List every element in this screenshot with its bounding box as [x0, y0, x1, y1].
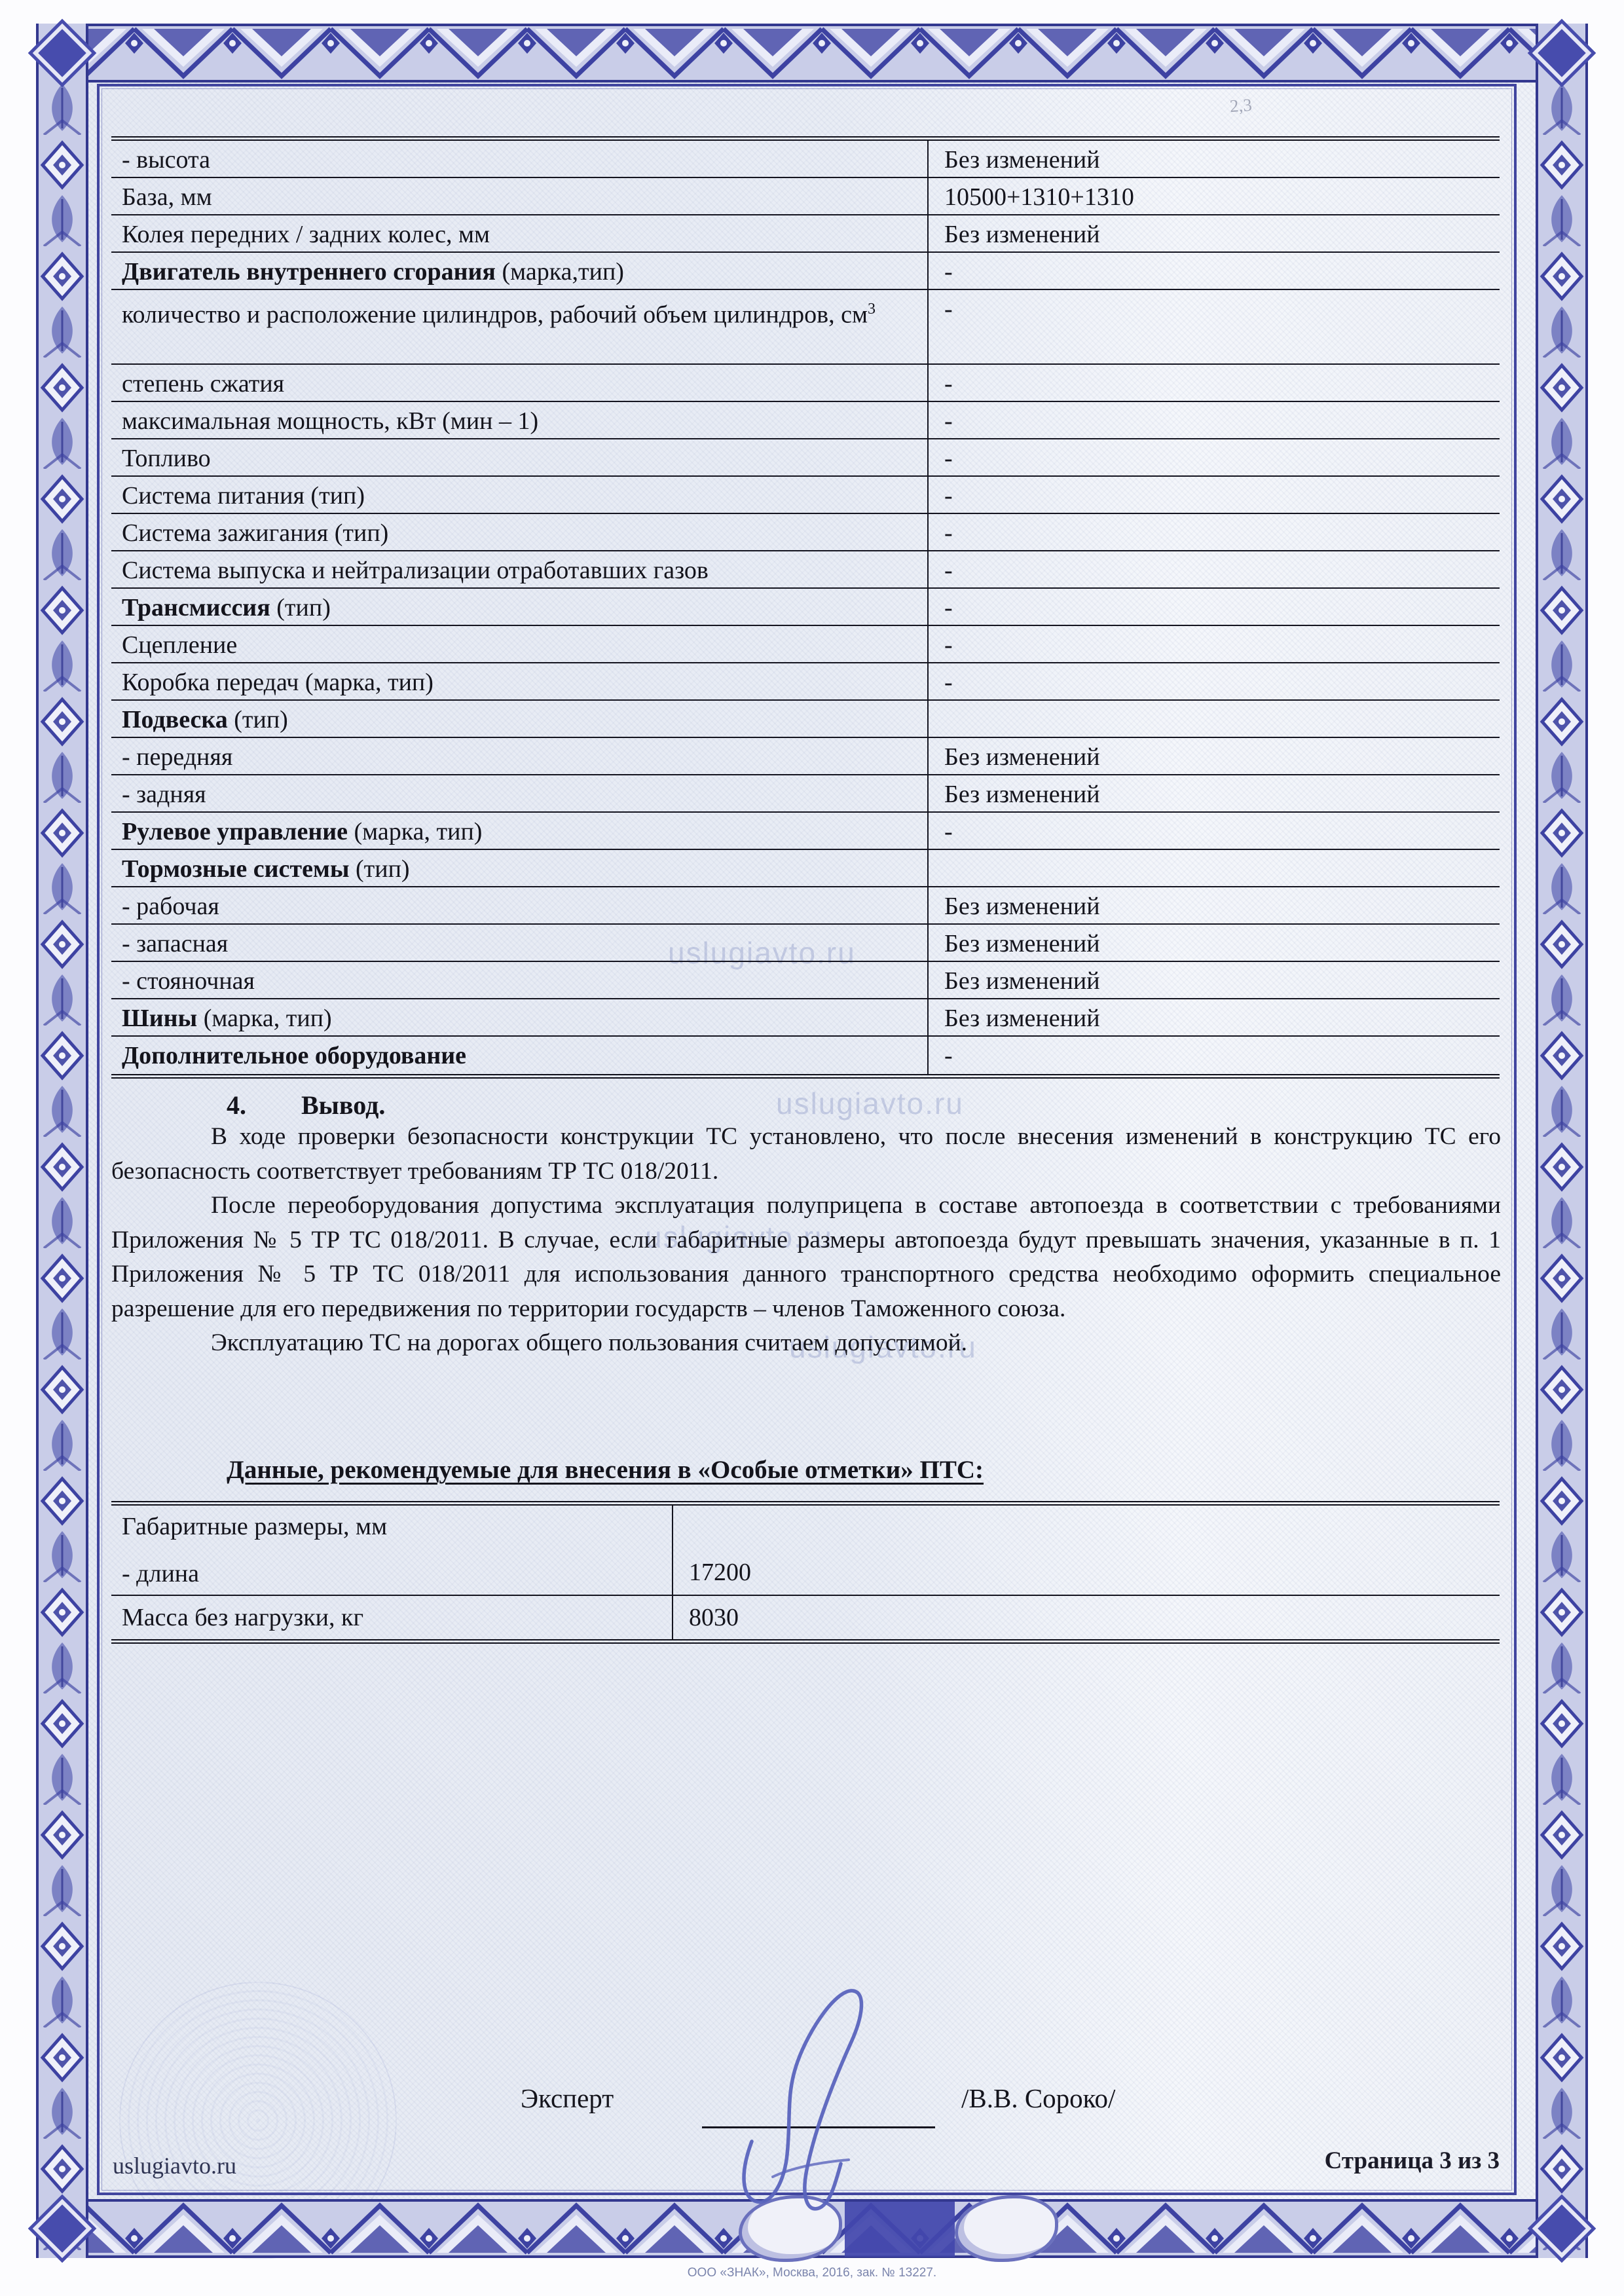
expert-signature	[694, 1976, 969, 2219]
spec-label: количество и расположение цилиндров, раб…	[111, 290, 929, 363]
spec-label: степень сжатия	[111, 365, 929, 401]
spec-label: Шины (марка, тип)	[111, 999, 929, 1035]
spec-value	[929, 850, 1500, 886]
table-row: - запаснаяБез изменений	[111, 925, 1500, 962]
table-row: - рабочаяБез изменений	[111, 887, 1500, 925]
spec-value: -	[929, 290, 1500, 363]
spec-label: - передняя	[111, 738, 929, 774]
table-row: - передняяБез изменений	[111, 738, 1500, 775]
table-row: - стояночнаяБез изменений	[111, 962, 1500, 999]
spec-label: Трансмиссия (тип)	[111, 589, 929, 625]
spec-table: - высотаБез изменений База, мм10500+1310…	[111, 136, 1500, 1079]
spec-value: -	[929, 365, 1500, 401]
spec-value: -	[929, 514, 1500, 550]
spec-label: База, мм	[111, 178, 929, 214]
spec-value: Без изменений	[929, 962, 1500, 998]
ptc-label: Масса без нагрузки, кг	[111, 1596, 673, 1639]
footer-site-text: uslugiavto.ru	[113, 2152, 236, 2179]
ptc-value: 17200	[673, 1506, 1500, 1595]
spec-label: - запасная	[111, 925, 929, 961]
spec-label: Тормозные системы (тип)	[111, 850, 929, 886]
spec-value: Без изменений	[929, 738, 1500, 774]
ptc-label: Габаритные размеры, мм - длина	[111, 1506, 673, 1595]
decorative-border-left	[36, 24, 88, 2258]
superscript: 3	[868, 301, 876, 318]
spec-label: максимальная мощность, кВт (мин – 1)	[111, 402, 929, 438]
printing-house-microtext: ООО «ЗНАК», Москва, 2016, зак. № 13227.	[563, 2266, 1061, 2280]
spec-label: Колея передних / задних колес, мм	[111, 215, 929, 251]
table-row: Подвеска (тип)	[111, 701, 1500, 738]
watermark: uslugiavto.ru	[776, 1086, 964, 1121]
spec-value: -	[929, 551, 1500, 587]
scanned-certificate-page: 2,3 uslugiavto.ru uslugiavto.ru uslugiav…	[0, 0, 1624, 2296]
paragraph: В ходе проверки безопасности конструкции…	[111, 1120, 1501, 1189]
table-row: Коробка передач (марка, тип)-	[111, 663, 1500, 701]
conclusion-number: 4.	[227, 1090, 246, 1120]
spec-value: Без изменений	[929, 775, 1500, 811]
signer-name: /В.В. Сороко/	[961, 2083, 1115, 2114]
table-row: Колея передних / задних колес, ммБез изм…	[111, 215, 1500, 253]
spec-value: 10500+1310+1310	[929, 178, 1500, 214]
spec-value: -	[929, 253, 1500, 289]
spec-value: Без изменений	[929, 887, 1500, 923]
spec-label: Коробка передач (марка, тип)	[111, 663, 929, 699]
scan-artifact: 2,3	[1229, 95, 1253, 117]
spec-value: -	[929, 477, 1500, 513]
table-row: База, мм10500+1310+1310	[111, 178, 1500, 215]
spec-value	[929, 701, 1500, 737]
table-row: Габаритные размеры, мм - длина 17200	[111, 1506, 1500, 1596]
spec-value: -	[929, 402, 1500, 438]
spec-label: Подвеска (тип)	[111, 701, 929, 737]
paragraph: После переоборудования допустима эксплуа…	[111, 1189, 1501, 1326]
table-row: - высотаБез изменений	[111, 141, 1500, 178]
table-row: Сцепление-	[111, 626, 1500, 663]
table-row: Двигатель внутреннего сгорания (марка,ти…	[111, 253, 1500, 290]
table-row: Топливо-	[111, 439, 1500, 477]
ptc-table: Габаритные размеры, мм - длина 17200 Мас…	[111, 1501, 1500, 1644]
spec-value: Без изменений	[929, 215, 1500, 251]
spec-value: -	[929, 663, 1500, 699]
table-row: Шины (марка, тип)Без изменений	[111, 999, 1500, 1037]
decorative-border-top	[36, 24, 1588, 83]
conclusion-heading: 4.Вывод.	[227, 1090, 385, 1120]
spec-label: Двигатель внутреннего сгорания (марка,ти…	[111, 253, 929, 289]
table-row: Система зажигания (тип)-	[111, 514, 1500, 551]
spec-label: - стояночная	[111, 962, 929, 998]
table-row: Рулевое управление (марка, тип)-	[111, 813, 1500, 850]
table-row: Трансмиссия (тип)-	[111, 589, 1500, 626]
table-row: Система питания (тип)-	[111, 477, 1500, 514]
table-row: максимальная мощность, кВт (мин – 1)-	[111, 402, 1500, 439]
spec-label: Сцепление	[111, 626, 929, 662]
ptc-value: 8030	[673, 1596, 1500, 1639]
table-row: Система выпуска и нейтрализации отработа…	[111, 551, 1500, 589]
spec-label: Дополнительное оборудование	[111, 1037, 929, 1074]
paragraph: Эксплуатацию ТС на дорогах общего пользо…	[111, 1326, 1501, 1361]
spec-label: Топливо	[111, 439, 929, 475]
table-row: Масса без нагрузки, кг 8030	[111, 1596, 1500, 1639]
ptc-heading: Данные, рекомендуемые для внесения в «Ос…	[227, 1455, 984, 1485]
spec-label: - рабочая	[111, 887, 929, 923]
spec-label: Рулевое управление (марка, тип)	[111, 813, 929, 849]
spec-value: -	[929, 626, 1500, 662]
spec-value: -	[929, 589, 1500, 625]
spec-label: Система питания (тип)	[111, 477, 929, 513]
spec-label: - высота	[111, 141, 929, 177]
decorative-border-right	[1536, 24, 1588, 2258]
table-row: Дополнительное оборудование-	[111, 1037, 1500, 1074]
spec-label: Система зажигания (тип)	[111, 514, 929, 550]
spec-value: -	[929, 813, 1500, 849]
spec-value: -	[929, 439, 1500, 475]
table-row: количество и расположение цилиндров, раб…	[111, 290, 1500, 365]
table-row: степень сжатия-	[111, 365, 1500, 402]
table-row: Тормозные системы (тип)	[111, 850, 1500, 887]
spec-value: Без изменений	[929, 141, 1500, 177]
page-indicator: Страница 3 из 3	[1325, 2147, 1500, 2175]
spec-value: -	[929, 1037, 1500, 1074]
table-row: - задняяБез изменений	[111, 775, 1500, 813]
conclusion-text: В ходе проверки безопасности конструкции…	[111, 1120, 1501, 1361]
spec-label: Система выпуска и нейтрализации отработа…	[111, 551, 929, 587]
spec-value: Без изменений	[929, 925, 1500, 961]
signer-role-label: Эксперт	[521, 2083, 614, 2114]
spec-label: - задняя	[111, 775, 929, 811]
spec-value: Без изменений	[929, 999, 1500, 1035]
conclusion-title: Вывод.	[301, 1090, 385, 1120]
